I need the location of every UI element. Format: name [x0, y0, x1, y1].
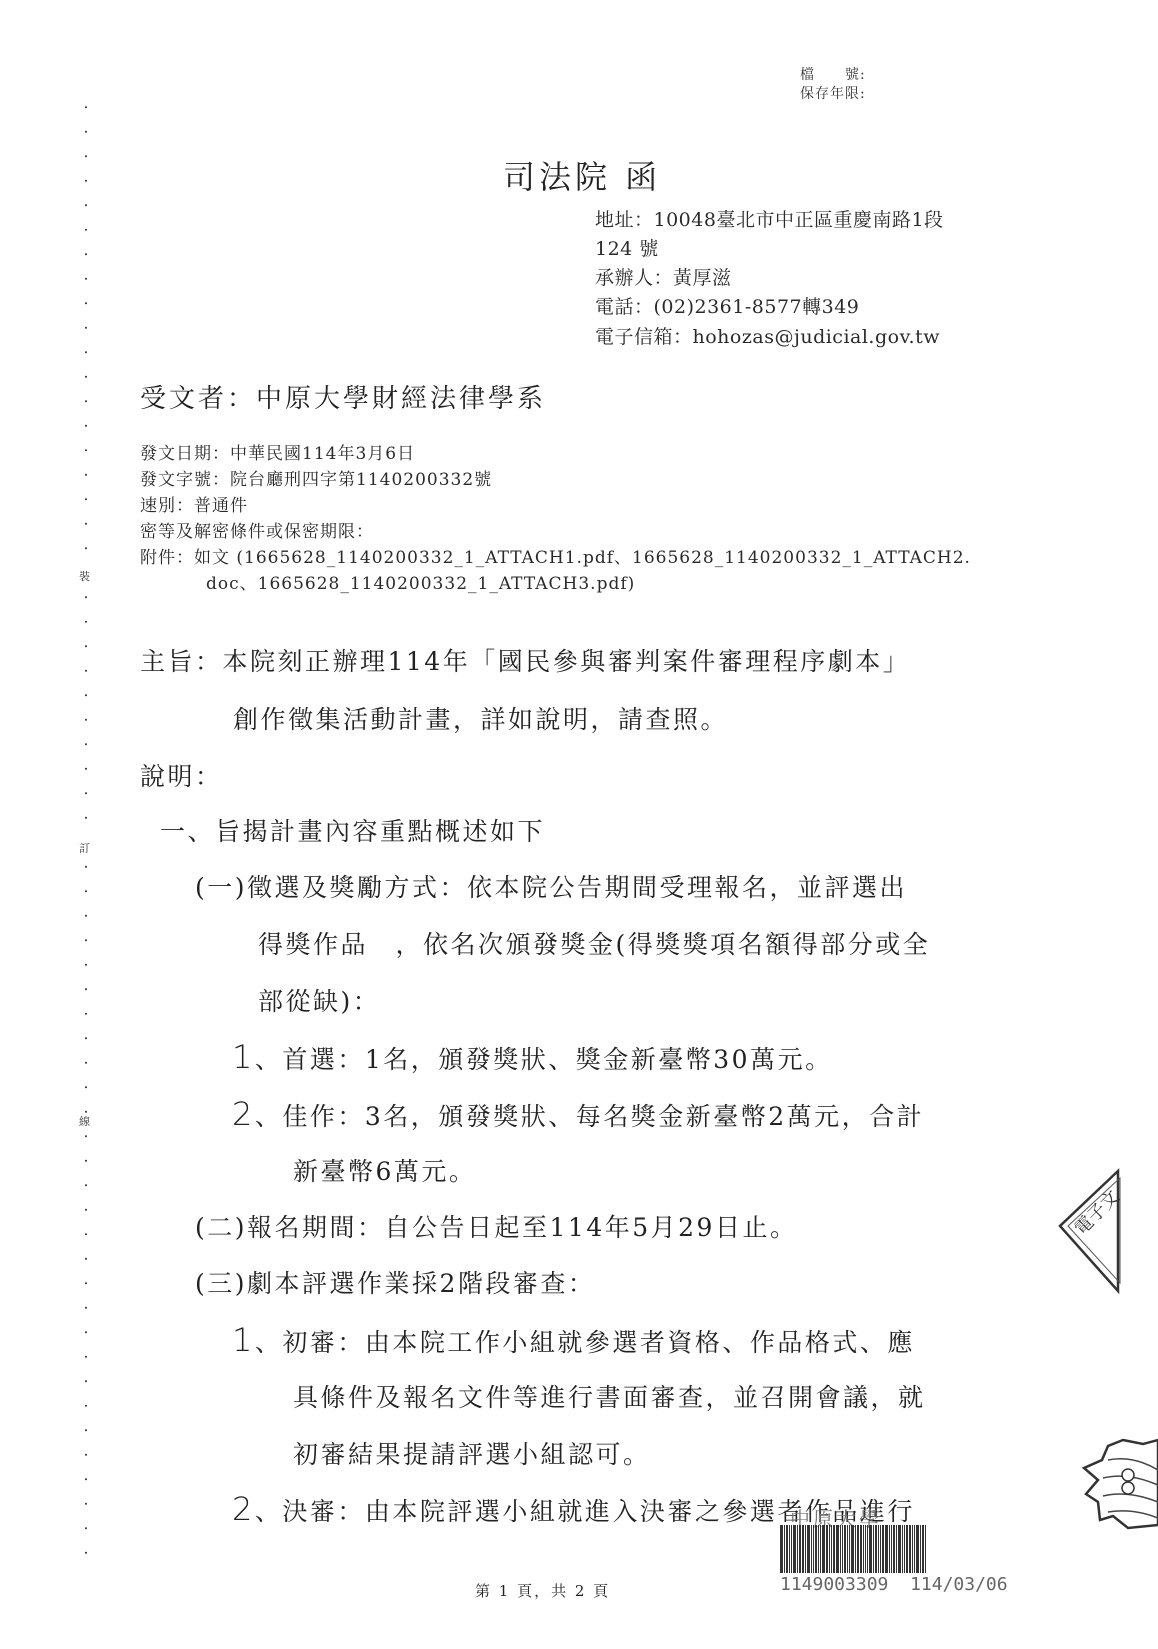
sub-item-1-line1: (一)徵選及獎勵方式：依本院公告期間受理報名，並評選出: [195, 868, 907, 904]
point-number: 1: [232, 1321, 255, 1359]
point-number: 2: [232, 1095, 255, 1133]
page-indicator: 第 1 頁，共 2 頁: [475, 1580, 610, 1601]
sender-address-line2: 124 號: [595, 235, 659, 265]
sender-phone: 電話：(02)2361-8577轉349: [595, 293, 859, 323]
review-stage-1-line3: 初審結果提請評選小組認可。: [293, 1435, 651, 1471]
point-text: 、首選：1名，頒發獎狀、獎金新臺幣30萬元。: [255, 1045, 833, 1074]
file-number-label: 檔 號:: [800, 66, 866, 85]
secrecy-level: 密等及解密條件或保密期限：: [140, 519, 374, 545]
barcode-date: 114/03/06: [910, 1574, 1008, 1595]
delivery-speed: 速別：普通件: [140, 493, 248, 519]
sub-item-1-line3: 部從缺)：: [258, 982, 380, 1018]
sender-email[interactable]: 電子信箱：hohozas@judicial.gov.tw: [595, 323, 940, 353]
electronic-document-stamp: 電子文: [1058, 1166, 1158, 1296]
review-stage-1: 1、初審：由本院工作小組就參選者資格、作品格式、應: [232, 1321, 915, 1359]
award-first-prize: 1、首選：1名，頒發獎狀、獎金新臺幣30萬元。: [232, 1038, 833, 1076]
seal-stamp-icon: [1078, 1430, 1158, 1530]
stamp-text: 電子文: [1071, 1187, 1124, 1240]
sender-address-line1: 地址：10048臺北市中正區重慶南路1段: [595, 206, 944, 236]
attachment-line2[interactable]: doc、1665628_1140200332_1_ATTACH3.pdf): [206, 571, 635, 597]
document-title: 司法院 函: [503, 152, 661, 198]
review-stage-1-line2: 具條件及報名文件等進行書面審查，並召開會議，就: [293, 1378, 926, 1414]
explanation-heading: 說明：: [140, 757, 223, 793]
margin-label-bind: 裝: [79, 568, 90, 584]
subject-line1: 主旨：本院刻正辦理114年「國民參與審判案件審理程序劇本」: [140, 642, 910, 678]
sender-handler: 承辦人：黃厚滋: [595, 264, 732, 294]
sub-item-2: (二)報名期間：自公告日起至114年5月29日止。: [195, 1208, 797, 1244]
recipient: 受文者：中原大學財經法律學系: [140, 378, 546, 415]
issue-date: 發文日期：中華民國114年3月6日: [140, 441, 415, 467]
subject-line2: 創作徵集活動計畫，詳如說明，請查照。: [233, 700, 728, 736]
award-honorable-mention-line2: 新臺幣6萬元。: [293, 1152, 476, 1188]
barcode-number: 1149003309: [780, 1574, 888, 1595]
sub-item-3: (三)劇本評選作業採2階段審查：: [195, 1264, 595, 1300]
barcode-caption: 1149003309 114/03/06: [780, 1574, 1025, 1595]
sub-item-1-line2: 得獎作品 ，依名次頒發獎金(得獎獎項名額得部分或全: [258, 925, 930, 961]
point-number: 2: [232, 1490, 255, 1528]
point-number: 1: [232, 1038, 255, 1076]
retention-period-label: 保存年限:: [800, 85, 866, 104]
award-honorable-mention: 2、佳作：3名，頒發獎狀、每名獎金新臺幣2萬元，合計: [232, 1095, 924, 1133]
margin-label-line: 線: [79, 1113, 90, 1129]
margin-label-order: 訂: [79, 840, 90, 856]
point-text: 、佳作：3名，頒發獎狀、每名獎金新臺幣2萬元，合計: [255, 1102, 924, 1131]
attachment-line1[interactable]: 附件：如文 (1665628_1140200332_1_ATTACH1.pdf、…: [140, 545, 971, 571]
binding-dotted-line: [85, 95, 87, 1575]
explanation-item-1: 一、旨揭計畫內容重點概述如下: [160, 812, 545, 848]
document-number: 發文字號：院台廳刑四字第1140200332號: [140, 467, 492, 493]
point-text: 、初審：由本院工作小組就參選者資格、作品格式、應: [255, 1328, 915, 1357]
barcode-icon: [780, 1525, 1025, 1573]
receipt-barcode: 1149003309 114/03/06: [780, 1525, 1025, 1595]
